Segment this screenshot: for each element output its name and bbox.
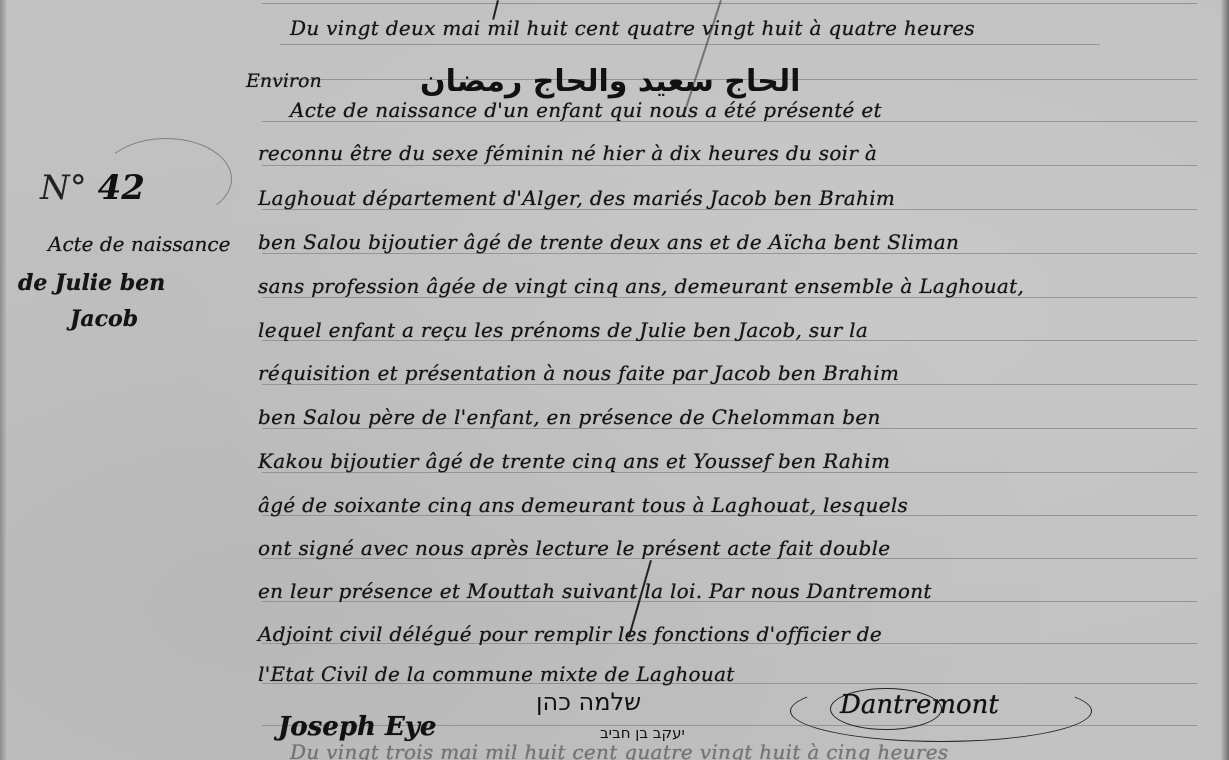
entry-number-value: 42 (98, 168, 145, 208)
body-line-12: ont signé avec nous après lecture le pré… (258, 536, 1198, 560)
margin-title-line2: de Julie ben (18, 270, 165, 296)
body-line-8: réquisition et présentation à nous faite… (258, 361, 1198, 385)
ruled-line (262, 3, 1197, 4)
body-line-6: sans profession âgée de vingt cinq ans, … (258, 274, 1198, 298)
body-line-1: Du vingt deux mai mil huit cent quatre v… (290, 16, 1229, 40)
signature-joseph-eye: Joseph Eye (278, 712, 436, 742)
page-left-edge (0, 0, 6, 760)
entry-number-prefix: N° (40, 168, 87, 208)
body-line-11: âgé de soixante cinq ans demeurant tous … (258, 493, 1198, 517)
ruled-line (262, 165, 1197, 166)
time-prefix-word: Environ (246, 70, 322, 92)
arabic-signature: الحاج سعيد والحاج رمضان (420, 64, 800, 99)
body-line-9: ben Salou père de l'enfant, en présence … (258, 405, 1198, 429)
ruled-line (280, 44, 1100, 45)
body-line-13: en leur présence et Mouttah suivant la l… (258, 579, 1198, 603)
margin-title-line3: Jacob (70, 306, 138, 332)
signature-officer: Dantremont (840, 690, 999, 720)
margin-title-line1: Acte de naissance (48, 232, 230, 256)
body-line-2: Acte de naissance d'un enfant qui nous a… (290, 98, 1229, 122)
body-line-5: ben Salou bijoutier âgé de trente deux a… (258, 230, 1198, 254)
next-entry-partial: Du vingt trois mai mil huit cent quatre … (290, 740, 1229, 760)
entry-number: N° 42 (40, 168, 145, 208)
body-line-14: Adjoint civil délégué pour remplir les f… (258, 622, 1198, 646)
hebrew-signature-1: שלמה כהן (536, 688, 641, 716)
register-page: N° 42 Acte de naissance de Julie ben Jac… (0, 0, 1229, 760)
body-line-3: reconnu être du sexe féminin né hier à d… (258, 141, 1198, 165)
body-line-4: Laghouat département d'Alger, des mariés… (258, 186, 1198, 210)
body-line-10: Kakou bijoutier âgé de trente cinq ans e… (258, 449, 1198, 473)
body-line-15: l'Etat Civil de la commune mixte de Lagh… (258, 662, 1198, 686)
body-line-7: lequel enfant a reçu les prénoms de Juli… (258, 318, 1198, 342)
